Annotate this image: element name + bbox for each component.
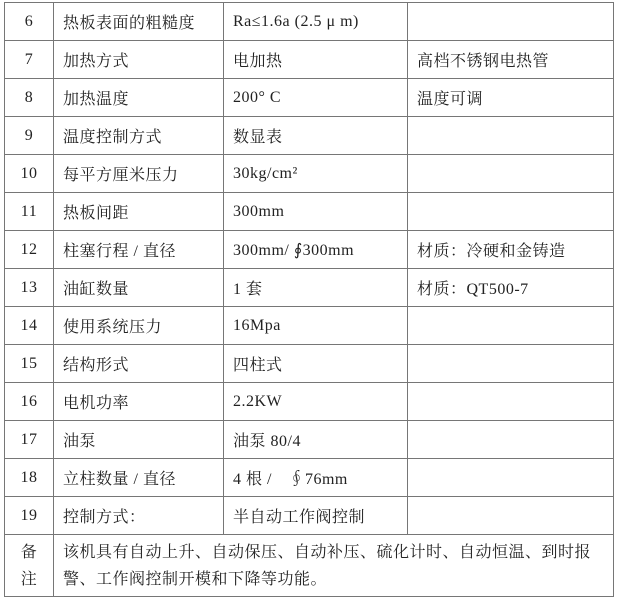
cell-no: 19 — [5, 497, 54, 535]
table-row: 14使用系统压力16Mpa — [5, 307, 614, 345]
cell-value: 数显表 — [224, 117, 408, 155]
cell-value: 300mm/ ∮300mm — [224, 231, 408, 269]
cell-value: 200° C — [224, 79, 408, 117]
cell-no: 17 — [5, 421, 54, 459]
cell-no: 15 — [5, 345, 54, 383]
table-row: 15结构形式四柱式 — [5, 345, 614, 383]
table-row: 9温度控制方式数显表 — [5, 117, 614, 155]
cell-value: Ra≤1.6a (2.5 μ m) — [224, 3, 408, 41]
table-row: 16电机功率2.2KW — [5, 383, 614, 421]
cell-label: 每平方厘米压力 — [54, 155, 224, 193]
remark-row: 备注 该机具有自动上升、自动保压、自动补压、硫化计时、自动恒温、到时报警、工作阀… — [5, 535, 614, 597]
table-row: 13油缸数量1 套材质：QT500-7 — [5, 269, 614, 307]
cell-note — [408, 117, 614, 155]
cell-value: 1 套 — [224, 269, 408, 307]
cell-no: 13 — [5, 269, 54, 307]
spec-table: 6热板表面的粗糙度Ra≤1.6a (2.5 μ m)7加热方式电加热高档不锈钢电… — [4, 2, 614, 597]
cell-value: 300mm — [224, 193, 408, 231]
cell-value: 16Mpa — [224, 307, 408, 345]
table-row: 6热板表面的粗糙度Ra≤1.6a (2.5 μ m) — [5, 3, 614, 41]
cell-note — [408, 497, 614, 535]
cell-label: 电机功率 — [54, 383, 224, 421]
cell-label: 热板表面的粗糙度 — [54, 3, 224, 41]
table-row: 7加热方式电加热高档不锈钢电热管 — [5, 41, 614, 79]
cell-value: 电加热 — [224, 41, 408, 79]
cell-label: 加热方式 — [54, 41, 224, 79]
cell-note: 材质：冷硬和金铸造 — [408, 231, 614, 269]
cell-label: 使用系统压力 — [54, 307, 224, 345]
cell-no: 9 — [5, 117, 54, 155]
cell-note — [408, 193, 614, 231]
table-row: 18立柱数量 / 直径4 根 / ∮76mm — [5, 459, 614, 497]
cell-label: 温度控制方式 — [54, 117, 224, 155]
cell-note — [408, 421, 614, 459]
table-row: 10每平方厘米压力30kg/cm² — [5, 155, 614, 193]
cell-label: 控制方式： — [54, 497, 224, 535]
cell-no: 7 — [5, 41, 54, 79]
cell-note — [408, 383, 614, 421]
cell-note — [408, 459, 614, 497]
table-row: 8加热温度200° C温度可调 — [5, 79, 614, 117]
cell-no: 14 — [5, 307, 54, 345]
cell-value: 四柱式 — [224, 345, 408, 383]
cell-label: 油泵 — [54, 421, 224, 459]
cell-label: 油缸数量 — [54, 269, 224, 307]
table-row: 19控制方式：半自动工作阀控制 — [5, 497, 614, 535]
cell-label: 结构形式 — [54, 345, 224, 383]
cell-value: 30kg/cm² — [224, 155, 408, 193]
cell-note — [408, 307, 614, 345]
remark-label-cell: 备注 — [5, 535, 54, 597]
cell-label: 柱塞行程 / 直径 — [54, 231, 224, 269]
cell-note — [408, 155, 614, 193]
cell-label: 加热温度 — [54, 79, 224, 117]
cell-note — [408, 345, 614, 383]
cell-no: 18 — [5, 459, 54, 497]
table-row: 12柱塞行程 / 直径300mm/ ∮300mm材质：冷硬和金铸造 — [5, 231, 614, 269]
table-row: 17油泵油泵 80/4 — [5, 421, 614, 459]
cell-no: 12 — [5, 231, 54, 269]
cell-value: 油泵 80/4 — [224, 421, 408, 459]
cell-note — [408, 3, 614, 41]
cell-label: 热板间距 — [54, 193, 224, 231]
cell-value: 4 根 / ∮76mm — [224, 459, 408, 497]
spec-sheet-page: 6热板表面的粗糙度Ra≤1.6a (2.5 μ m)7加热方式电加热高档不锈钢电… — [0, 0, 618, 604]
cell-no: 10 — [5, 155, 54, 193]
cell-value: 半自动工作阀控制 — [224, 497, 408, 535]
cell-label: 立柱数量 / 直径 — [54, 459, 224, 497]
cell-no: 6 — [5, 3, 54, 41]
cell-note: 高档不锈钢电热管 — [408, 41, 614, 79]
cell-no: 11 — [5, 193, 54, 231]
table-row: 11热板间距300mm — [5, 193, 614, 231]
cell-no: 8 — [5, 79, 54, 117]
cell-value: 2.2KW — [224, 383, 408, 421]
cell-note: 温度可调 — [408, 79, 614, 117]
remark-text-cell: 该机具有自动上升、自动保压、自动补压、硫化计时、自动恒温、到时报警、工作阀控制开… — [54, 535, 614, 597]
cell-no: 16 — [5, 383, 54, 421]
cell-note: 材质：QT500-7 — [408, 269, 614, 307]
